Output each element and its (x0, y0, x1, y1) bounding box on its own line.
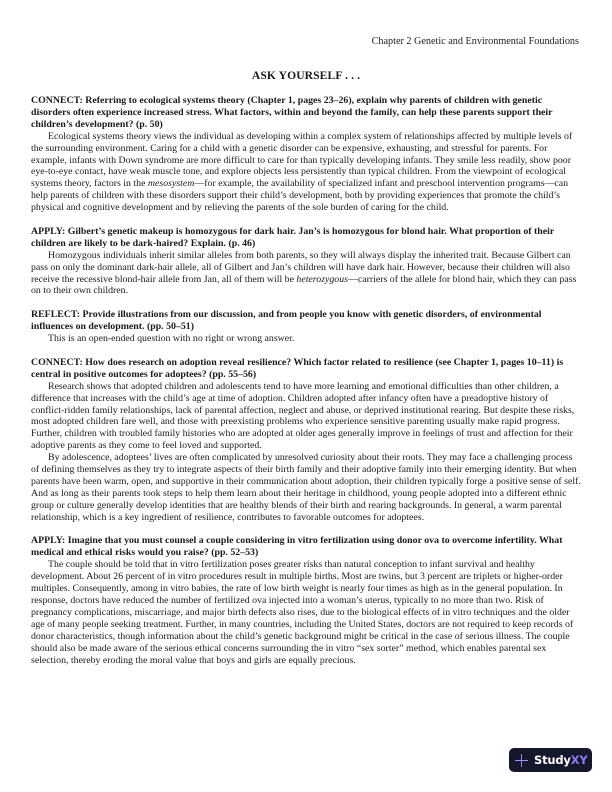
answer-paragraph: Research shows that adopted children and… (31, 381, 583, 452)
answer-text: By adolescence, adoptees’ lives are ofte… (31, 452, 581, 523)
document-body: CONNECT: Referring to ecological systems… (31, 95, 583, 678)
brand-primary: Study (534, 753, 571, 767)
answer-italic-term: mesosystem (148, 178, 194, 189)
answer-paragraph: By adolescence, adoptees’ lives are ofte… (31, 452, 583, 523)
answer-text: The couple should be told that in vitro … (31, 559, 573, 665)
running-head: Chapter 2 Genetic and Environmental Foun… (372, 36, 579, 47)
brand-accent: XY (571, 753, 588, 767)
answer-paragraph: This is an open-ended question with no r… (31, 333, 583, 345)
question-text: CONNECT: Referring to ecological systems… (31, 95, 583, 131)
page-title: ASK YOURSELF . . . (0, 69, 612, 82)
answer-text: This is an open-ended question with no r… (48, 333, 294, 344)
question-text: APPLY: Gilbert’s genetic makeup is homoz… (31, 226, 583, 250)
question-section-connect-adoption: CONNECT: How does research on adoption r… (31, 357, 583, 524)
answer-italic-term: heterozygous (296, 274, 348, 285)
question-text: CONNECT: How does research on adoption r… (31, 357, 583, 381)
answer-paragraph: Homozygous individuals inherit similar a… (31, 250, 583, 298)
question-text: REFLECT: Provide illustrations from our … (31, 309, 583, 333)
answer-paragraph: Ecological systems theory views the indi… (31, 131, 583, 214)
question-section-reflect: REFLECT: Provide illustrations from our … (31, 309, 583, 345)
question-text: APPLY: Imagine that you must counsel a c… (31, 535, 583, 559)
brand-name: StudyXY (534, 753, 588, 767)
plus-icon (515, 754, 528, 767)
answer-text: Research shows that adopted children and… (31, 381, 574, 452)
question-section-apply-hair: APPLY: Gilbert’s genetic makeup is homoz… (31, 226, 583, 297)
studyxy-badge[interactable]: StudyXY (509, 748, 592, 772)
answer-paragraph: The couple should be told that in vitro … (31, 559, 583, 666)
question-section-apply-ivf: APPLY: Imagine that you must counsel a c… (31, 535, 583, 666)
question-section-connect-ecological: CONNECT: Referring to ecological systems… (31, 95, 583, 214)
